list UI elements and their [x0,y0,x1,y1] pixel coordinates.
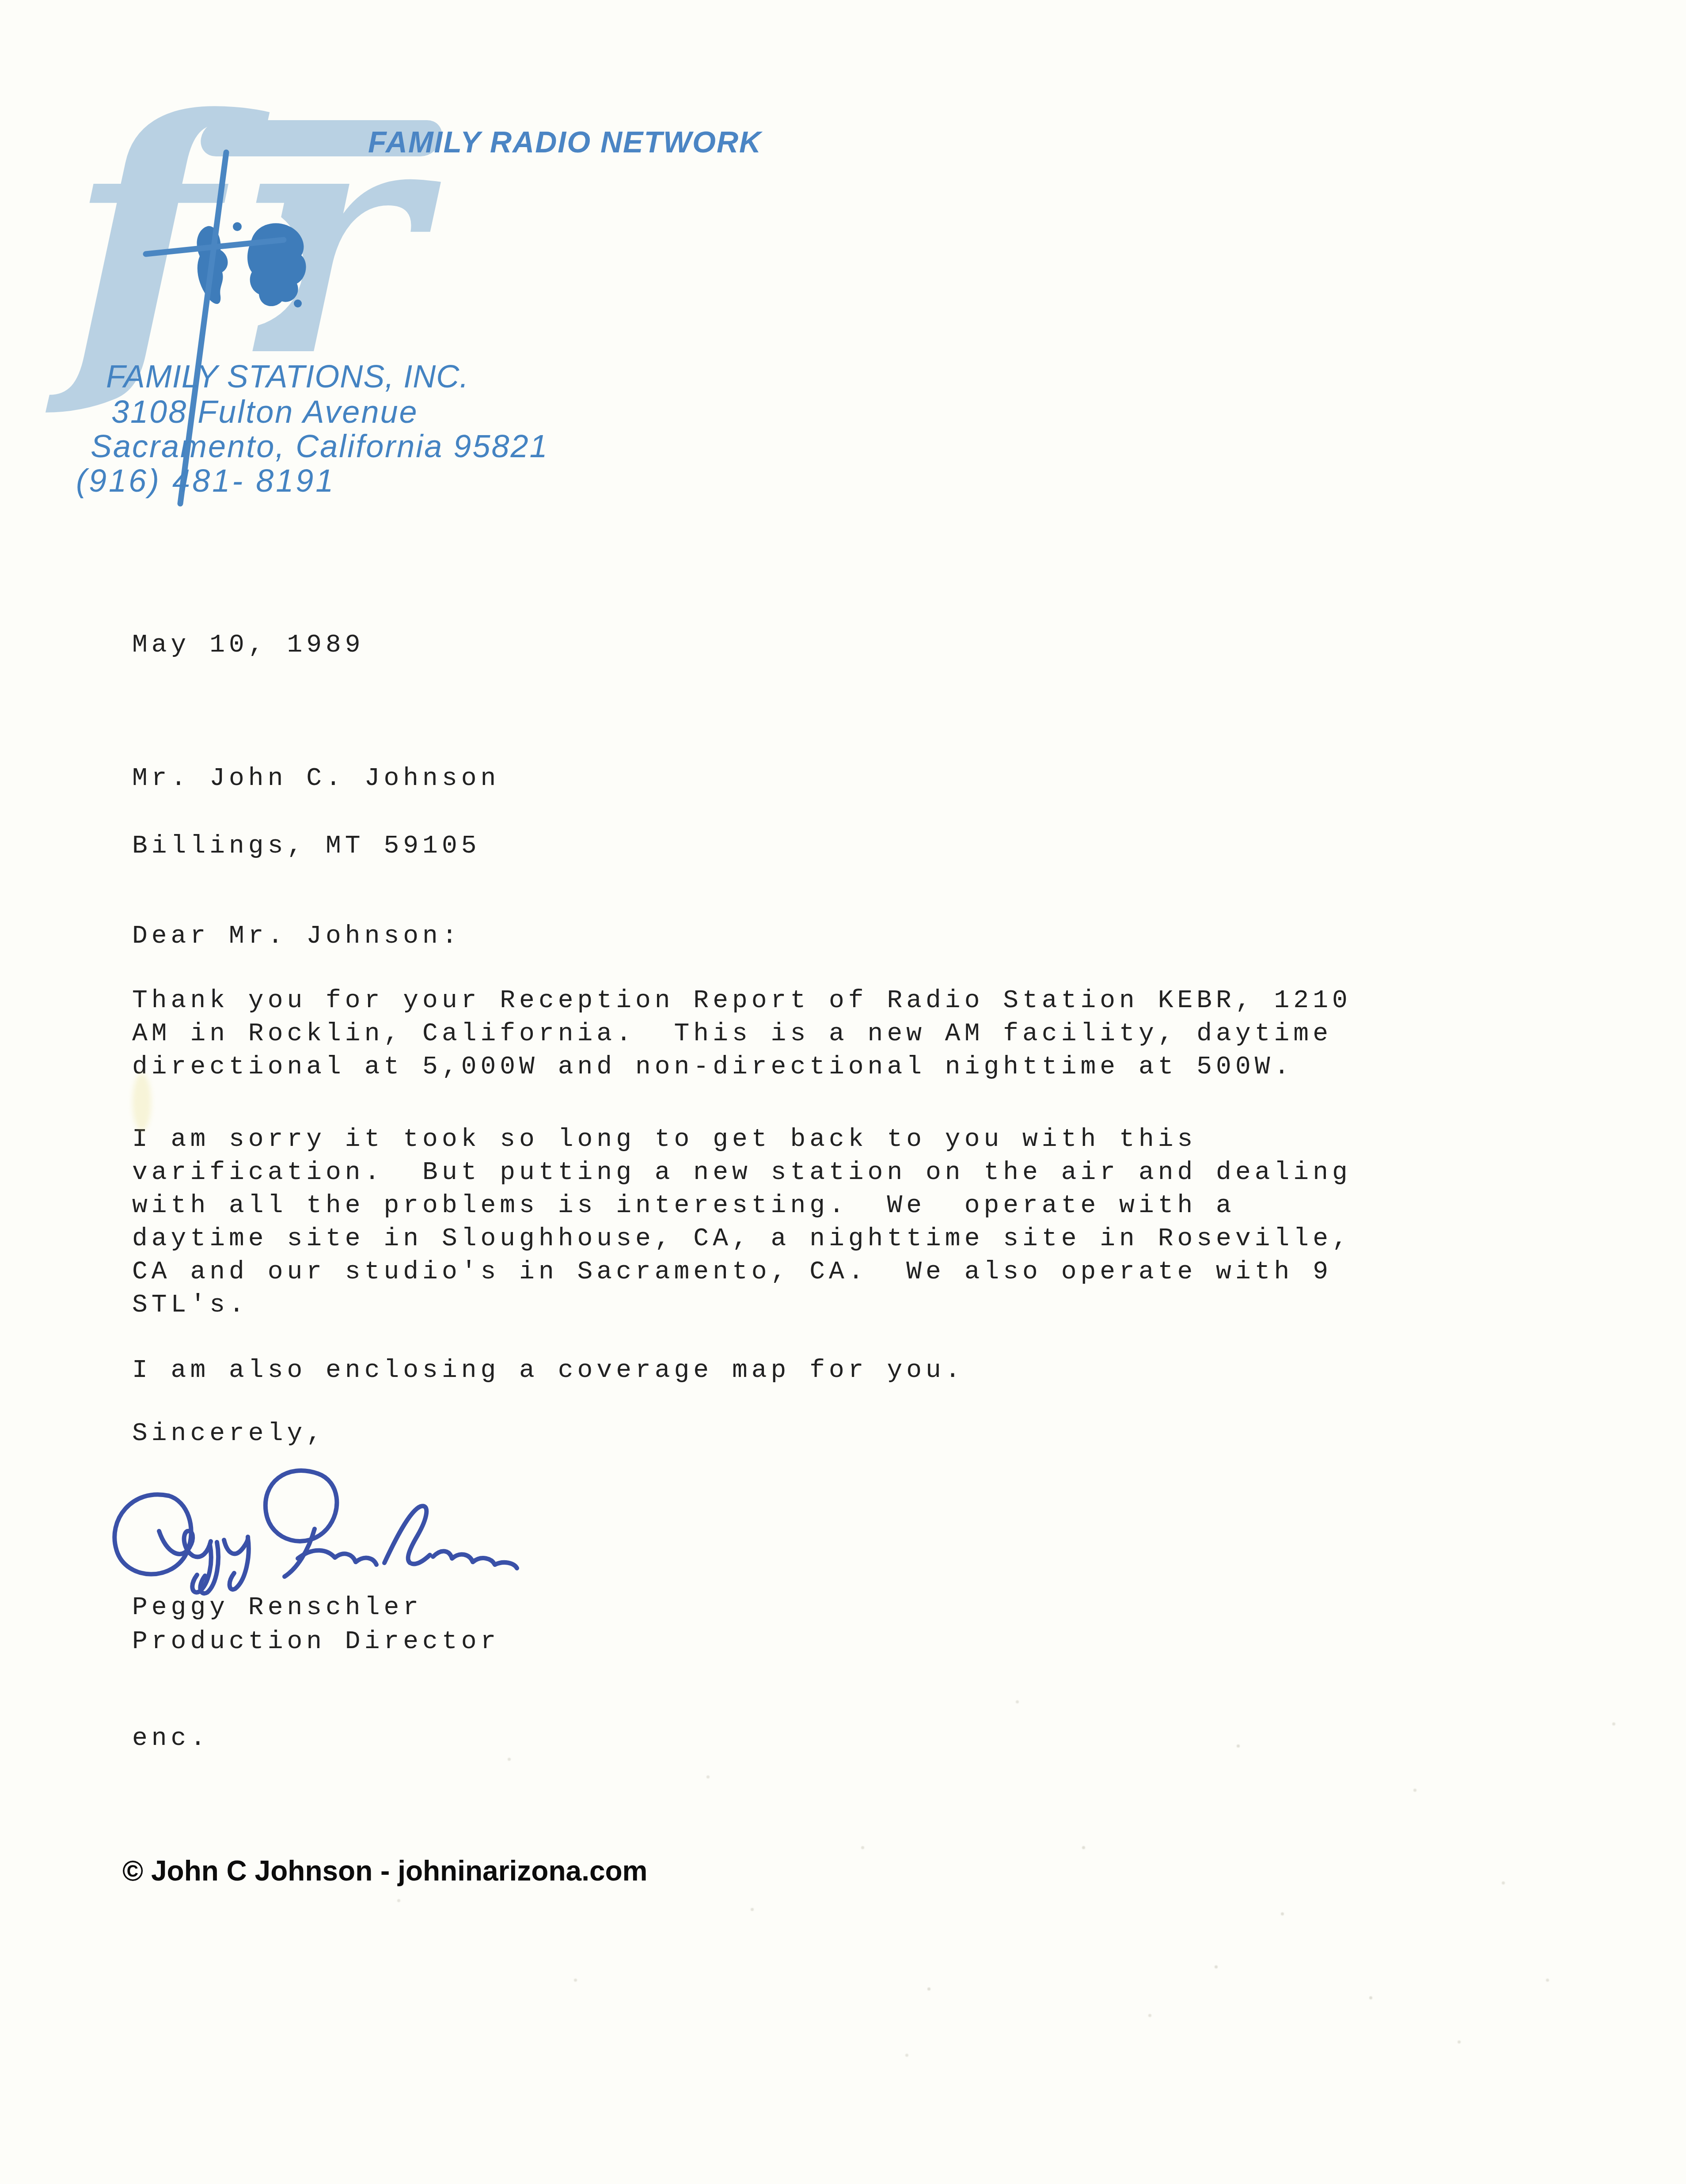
body-line: I am also enclosing a coverage map for y… [132,1354,965,1387]
typed-name: Peggy Renschler [132,1591,422,1624]
closing: Sincerely, [132,1417,326,1450]
body-line: AM in Rocklin, California. This is a new… [132,1017,1332,1050]
body-line: I am sorry it took so long to get back t… [132,1123,1196,1156]
recipient-city: Billings, MT 59105 [132,830,481,863]
body-line: varification. But putting a new station … [132,1156,1352,1189]
body-line: directional at 5,000W and non-directiona… [132,1050,1293,1084]
body-line: Thank you for your Reception Report of R… [132,984,1352,1017]
body-line: STL's. [132,1289,248,1322]
address-line-2: Sacramento, California 95821 [91,428,549,465]
scan-noise [0,0,2,2]
phone-number: (916) 481- 8191 [76,463,335,499]
copyright-footer: © John C Johnson - johninarizona.com [122,1854,648,1887]
scan-smudge [133,1073,151,1131]
body-line: CA and our studio's in Sacramento, CA. W… [132,1255,1332,1289]
salutation: Dear Mr. Johnson: [132,920,461,953]
company-name: FAMILY STATIONS, INC. [106,359,469,395]
typed-title: Production Director [132,1625,500,1658]
date-line: May 10, 1989 [132,629,365,662]
body-line: daytime site in Sloughhouse, CA, a night… [132,1222,1352,1255]
brand-name: FAMILY RADIO NETWORK [368,125,762,159]
enclosure-note: enc. [132,1722,209,1755]
recipient-name: Mr. John C. Johnson [132,762,500,795]
letter-page: fr FAMILY RADIO NETWORK FAMILY STATIONS,… [0,0,1686,2184]
address-line-1: 3108 Fulton Avenue [111,394,418,430]
body-line: with all the problems is interesting. We… [132,1189,1235,1222]
signature-script [98,1448,531,1598]
